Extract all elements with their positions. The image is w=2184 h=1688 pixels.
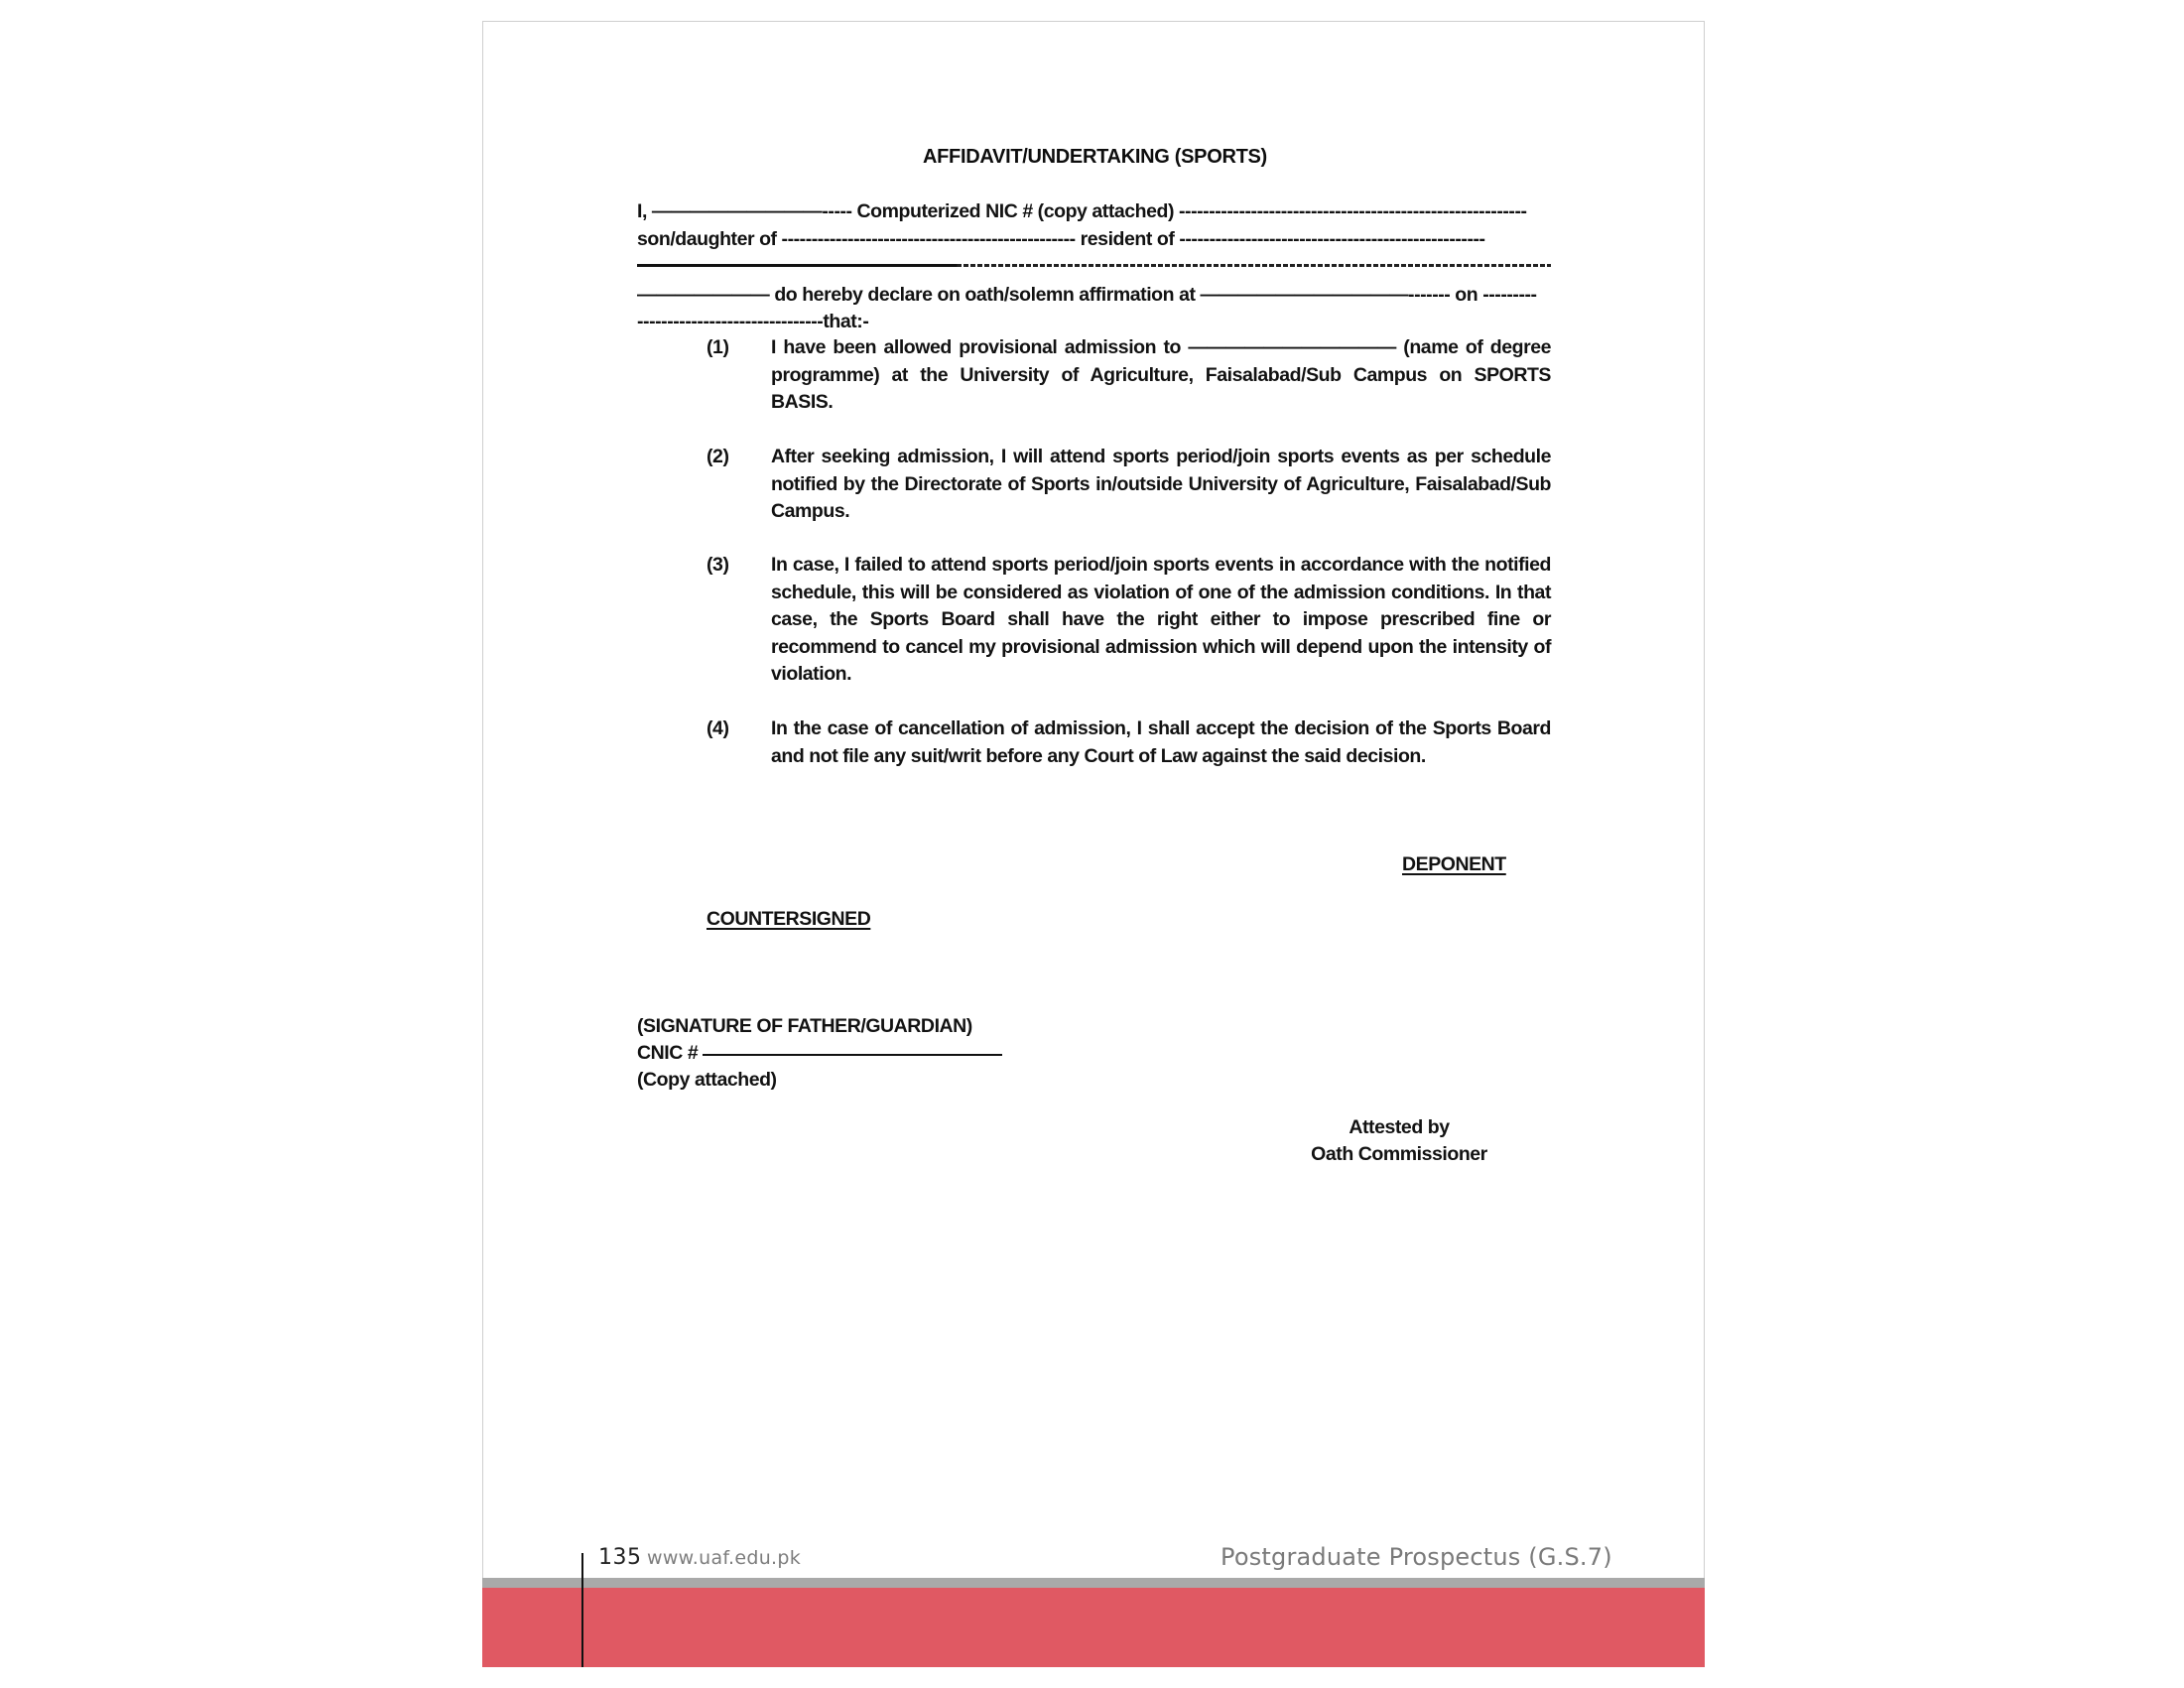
footer-red-band: [482, 1588, 1705, 1667]
item-number: (3): [707, 552, 728, 580]
footer-gray-band: [482, 1578, 1705, 1588]
item-number: (1): [707, 334, 728, 362]
footer-publication-title: Postgraduate Prospectus (G.S.7): [1220, 1543, 1612, 1571]
page-number: 135: [598, 1545, 642, 1570]
intro-line-declare: ——————— do hereby declare on oath/solemn…: [637, 282, 1551, 310]
item-text: I have been allowed provisional admissio…: [771, 334, 1551, 417]
document-page: [482, 21, 1705, 1667]
countersigned-label: COUNTERSIGNED: [707, 906, 870, 934]
footer-divider: [581, 1553, 583, 1667]
document-title: AFFIDAVIT/UNDERTAKING (SPORTS): [923, 146, 1267, 169]
intro-line-name: I, —————————----- Computerized NIC # (co…: [637, 198, 1551, 226]
intro-line-parent: son/daughter of ------------------------…: [637, 226, 1551, 254]
footer-website: www.uaf.edu.pk: [647, 1547, 801, 1569]
item-text: In the case of cancellation of admission…: [771, 715, 1551, 770]
item-number: (4): [707, 715, 728, 743]
deponent-label: DEPONENT: [1402, 851, 1506, 879]
attested-by-label: Attested by: [1308, 1114, 1490, 1142]
address-blank-rule: [637, 264, 1551, 267]
intro-line-that: -------------------------------that:-: [637, 309, 1551, 336]
guardian-signature-label: (SIGNATURE OF FATHER/GUARDIAN): [637, 1013, 972, 1041]
item-text: After seeking admission, I will attend s…: [771, 444, 1551, 526]
cnic-blank-line: [703, 1054, 1002, 1056]
item-text: In case, I failed to attend sports perio…: [771, 552, 1551, 689]
item-number: (2): [707, 444, 728, 471]
cnic-label: CNIC #: [637, 1040, 698, 1068]
copy-attached-label: (Copy attached): [637, 1067, 777, 1095]
oath-commissioner-label: Oath Commissioner: [1308, 1141, 1490, 1169]
